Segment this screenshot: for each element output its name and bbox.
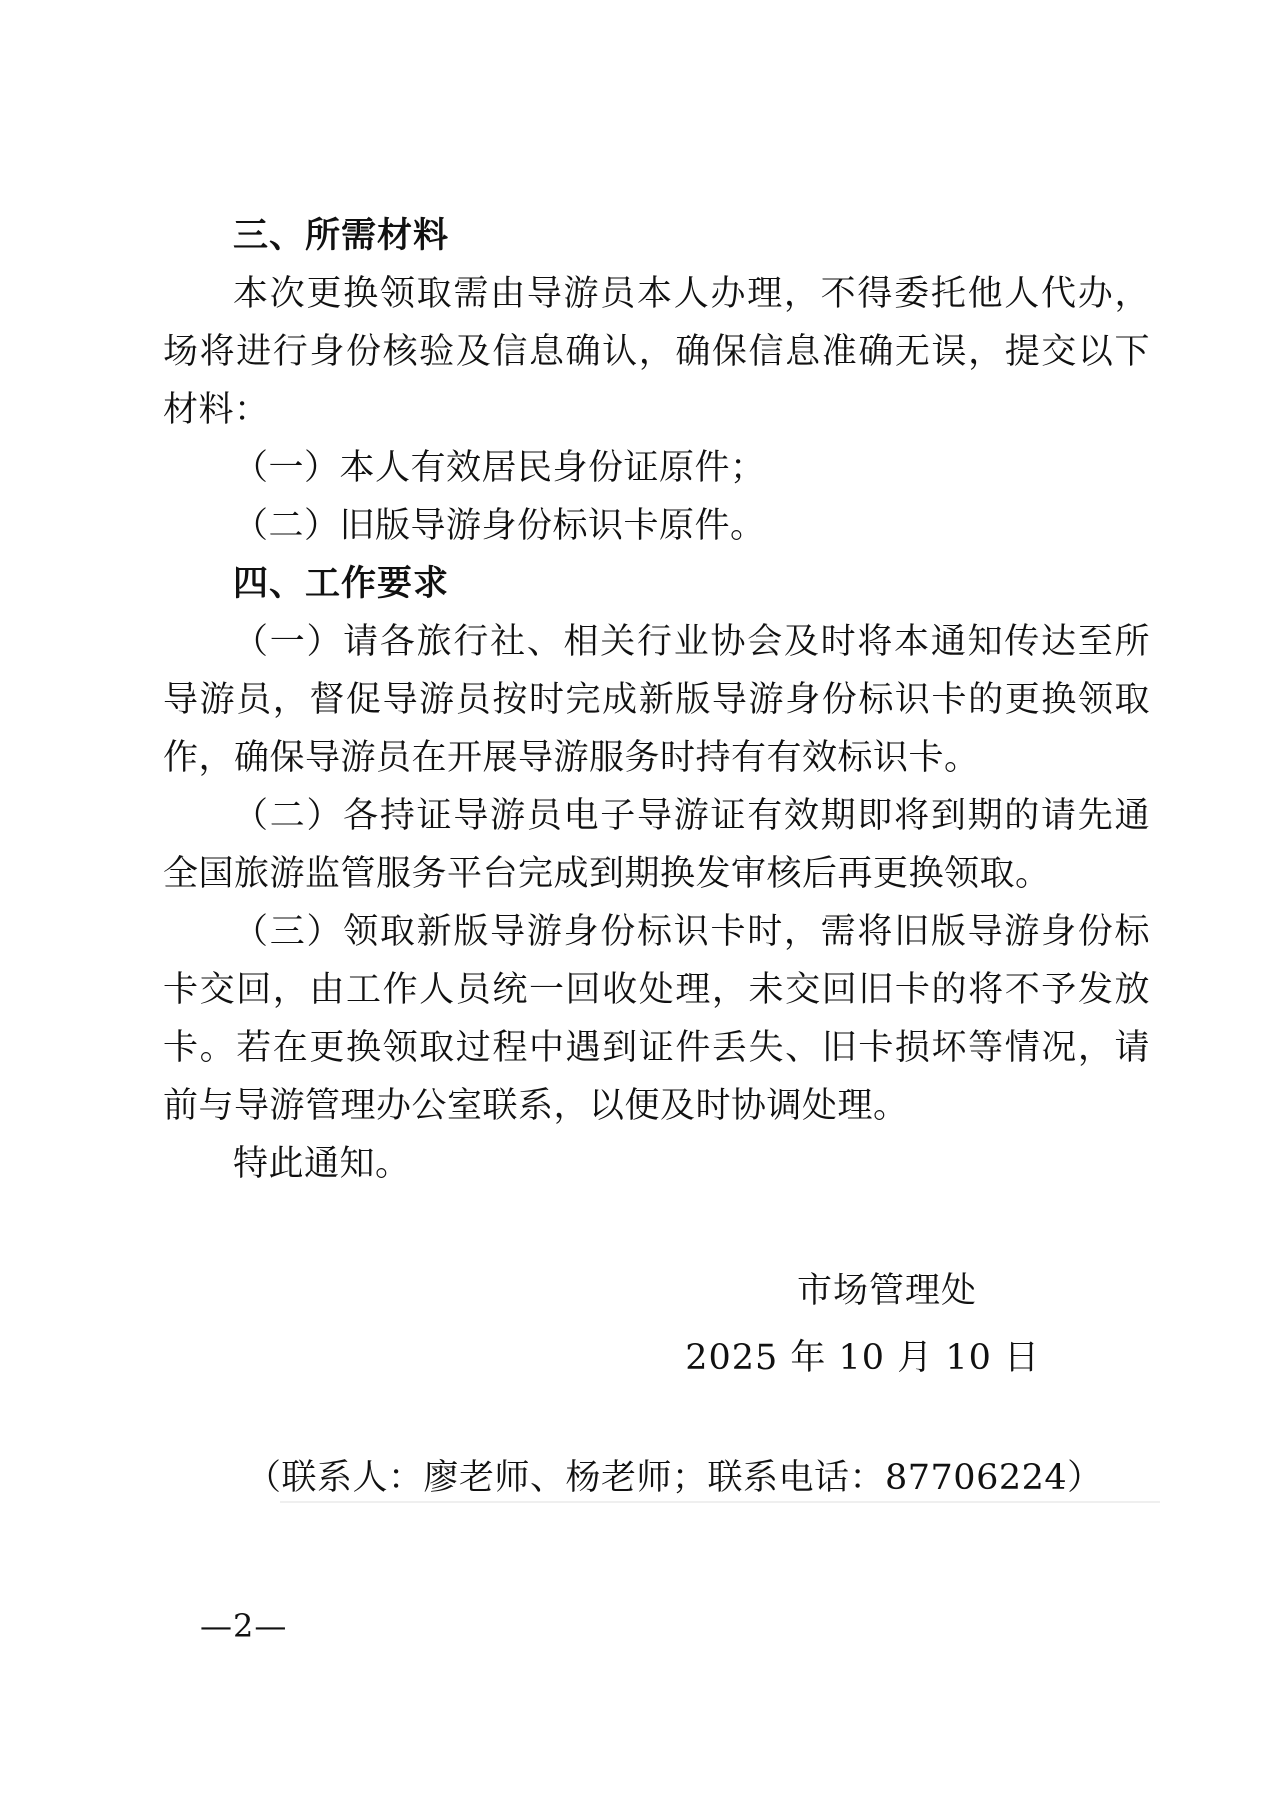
notice-body: 三、所需材料 本次更换领取需由导游员本人办理，不得委托他人代办，现 场将进行身份… (163, 207, 1150, 1193)
body-line: 材料： (163, 381, 1150, 439)
body-line: 前与导游管理办公室联系，以便及时协调处理。 (163, 1077, 1150, 1135)
section-heading-required-materials: 三、所需材料 (163, 207, 1150, 265)
page-number: —2— (200, 1604, 287, 1648)
body-line: 全国旅游监管服务平台完成到期换发审核后再更换领取。 (163, 845, 1150, 903)
signature-department: 市场管理处 (163, 1262, 1150, 1320)
body-line: 场将进行身份核验及信息确认，确保信息准确无误，提交以下材 (163, 323, 1150, 381)
scan-artifact-line (280, 1501, 1160, 1503)
body-line: 卡。若在更换领取过程中遇到证件丢失、旧卡损坏等情况，请提 (163, 1019, 1150, 1077)
closing-line: 特此通知。 (163, 1135, 1150, 1193)
document-page: 三、所需材料 本次更换领取需由导游员本人办理，不得委托他人代办，现 场将进行身份… (0, 0, 1280, 1810)
body-line: 导游员，督促导游员按时完成新版导游身份标识卡的更换领取工 (163, 671, 1150, 729)
signature-date: 2025 年 10 月 10 日 (163, 1329, 1150, 1387)
body-line: 作，确保导游员在开展导游服务时持有有效标识卡。 (163, 729, 1150, 787)
body-line: （二）各持证导游员电子导游证有效期即将到期的请先通过 (163, 787, 1150, 845)
body-line: （三）领取新版导游身份标识卡时，需将旧版导游身份标识 (163, 903, 1150, 961)
list-item-material-1: （一）本人有效居民身份证原件； (163, 439, 1150, 497)
body-line: （一）请各旅行社、相关行业协会及时将本通知传达至所属 (163, 613, 1150, 671)
section-heading-work-requirements: 四、工作要求 (163, 555, 1150, 613)
list-item-material-2: （二）旧版导游身份标识卡原件。 (163, 497, 1150, 555)
body-line: 卡交回，由工作人员统一回收处理，未交回旧卡的将不予发放新 (163, 961, 1150, 1019)
body-line: 本次更换领取需由导游员本人办理，不得委托他人代办，现 (163, 265, 1150, 323)
contact-info-line: （联系人：廖老师、杨老师；联系电话：87706224） (246, 1449, 1103, 1507)
